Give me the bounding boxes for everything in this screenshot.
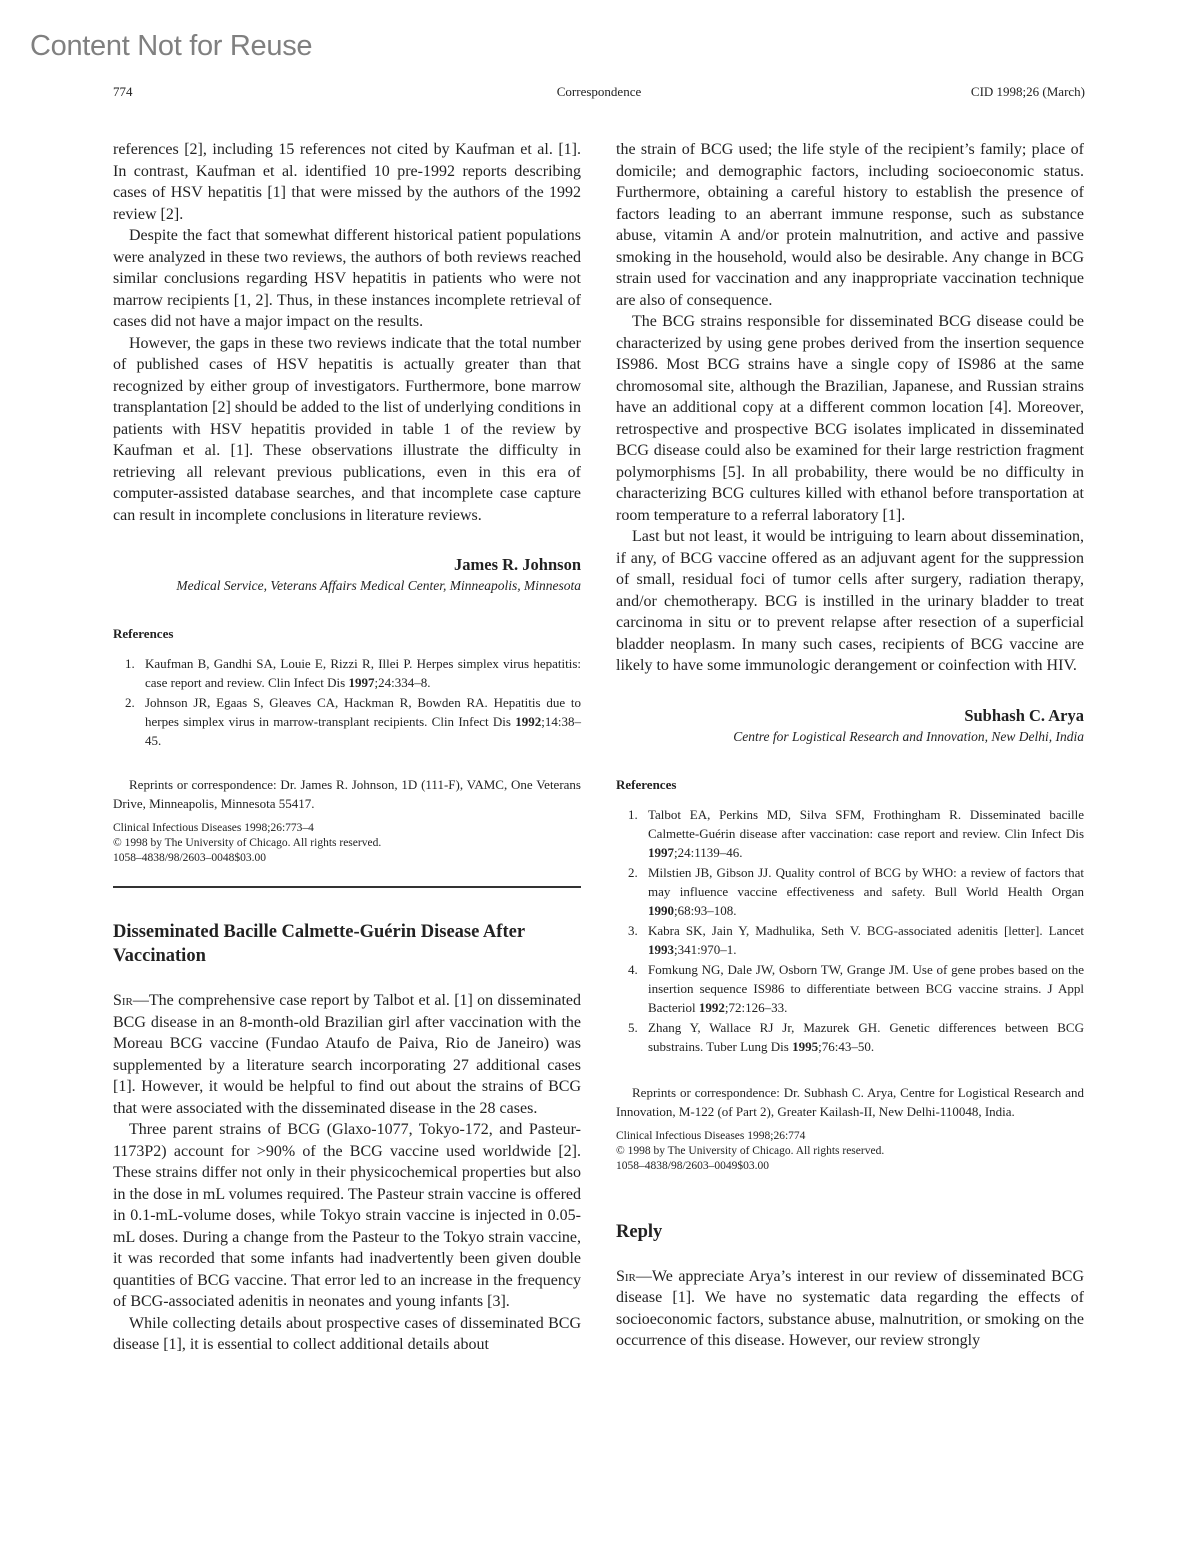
- reply-title: Reply: [616, 1220, 1084, 1244]
- pub-info-line: Clinical Infectious Diseases 1998;26:774: [616, 1129, 1084, 1144]
- body-paragraph: Last but not least, it would be intrigui…: [616, 526, 1084, 677]
- reference-item: 2.Milstien JB, Gibson JJ. Quality contro…: [616, 863, 1084, 920]
- body-paragraph: The BCG strains responsible for dissemin…: [616, 311, 1084, 526]
- body-paragraph: However, the gaps in these two reviews i…: [113, 333, 581, 527]
- running-header: 774 Correspondence CID 1998;26 (March): [113, 84, 1085, 102]
- left-column: references [2], including 15 references …: [113, 139, 581, 1356]
- journal-citation: CID 1998;26 (March): [971, 84, 1085, 100]
- salutation: Sir: [616, 1268, 636, 1285]
- reference-item: 1.Talbot EA, Perkins MD, Silva SFM, Frot…: [616, 805, 1084, 862]
- pub-info-line: Clinical Infectious Diseases 1998;26:773…: [113, 821, 581, 836]
- reference-item: 4.Fomkung NG, Dale JW, Osborn TW, Grange…: [616, 960, 1084, 1017]
- copyright-line: © 1998 by The University of Chicago. All…: [616, 1144, 1084, 1159]
- body-paragraph: While collecting details about prospecti…: [113, 1313, 581, 1356]
- reference-item: 3.Kabra SK, Jain Y, Madhulika, Seth V. B…: [616, 921, 1084, 959]
- right-column: the strain of BCG used; the life style o…: [616, 139, 1084, 1352]
- author-affiliation: Medical Service, Veterans Affairs Medica…: [113, 576, 581, 596]
- reprint-info: Reprints or correspondence: Dr. Subhash …: [616, 1083, 1084, 1121]
- issn-line: 1058–4838/98/2603–0049$03.00: [616, 1159, 1084, 1174]
- author-affiliation: Centre for Logistical Research and Innov…: [616, 727, 1084, 747]
- article-title: Disseminated Bacille Calmette-Guérin Dis…: [113, 920, 581, 968]
- reference-item: 5.Zhang Y, Wallace RJ Jr, Mazurek GH. Ge…: [616, 1018, 1084, 1056]
- watermark: Content Not for Reuse: [30, 30, 312, 63]
- body-paragraph: Three parent strains of BCG (Glaxo-1077,…: [113, 1119, 581, 1313]
- body-paragraph: references [2], including 15 references …: [113, 139, 581, 225]
- body-paragraph: Despite the fact that somewhat different…: [113, 225, 581, 333]
- author-name: James R. Johnson: [113, 554, 581, 576]
- body-paragraph: the strain of BCG used; the life style o…: [616, 139, 1084, 311]
- author-name: Subhash C. Arya: [616, 705, 1084, 727]
- reprint-info: Reprints or correspondence: Dr. James R.…: [113, 775, 581, 813]
- section-title: Correspondence: [113, 84, 1085, 100]
- references-heading: References: [113, 626, 581, 642]
- reference-item: 2.Johnson JR, Egaas S, Gleaves CA, Hackm…: [113, 693, 581, 750]
- body-paragraph: Sir—The comprehensive case report by Tal…: [113, 990, 581, 1119]
- references-list: 1.Talbot EA, Perkins MD, Silva SFM, Frot…: [616, 805, 1084, 1056]
- issn-line: 1058–4838/98/2603–0048$03.00: [113, 851, 581, 866]
- body-paragraph: Sir—We appreciate Arya’s interest in our…: [616, 1266, 1084, 1352]
- copyright-line: © 1998 by The University of Chicago. All…: [113, 836, 581, 851]
- references-list: 1.Kaufman B, Gandhi SA, Louie E, Rizzi R…: [113, 654, 581, 750]
- reference-item: 1.Kaufman B, Gandhi SA, Louie E, Rizzi R…: [113, 654, 581, 692]
- salutation: Sir: [113, 992, 133, 1009]
- references-heading: References: [616, 777, 1084, 793]
